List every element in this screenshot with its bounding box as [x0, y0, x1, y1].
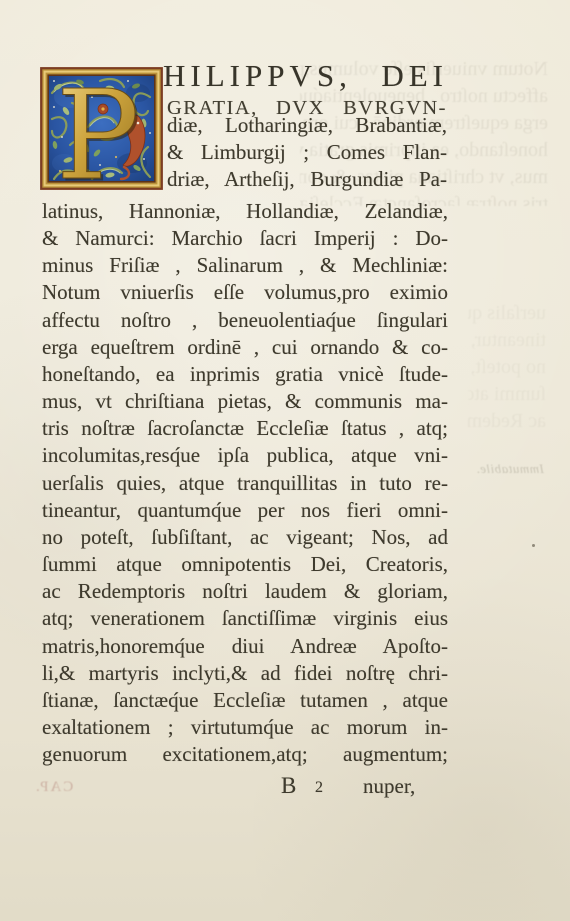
- text-line: diæ, Lotharingiæ, Brabantiæ,: [167, 112, 447, 139]
- text-line: no poteſt, ſubſiſtant, ac vigeant; Nos, …: [42, 524, 448, 551]
- signature-number: 2: [315, 779, 323, 797]
- text-line: ſummi atque omnipotentis Dei, Creatoris,: [468, 381, 546, 408]
- indented-text-block: diæ, Lotharingiæ, Brabantiæ,& Limburgij …: [167, 112, 447, 193]
- text-line: affectu noſtro , beneuolentiaq́ue ſingul…: [42, 307, 448, 334]
- text-line: no poteſt, ſubſiſtant, ac vigeant; Nos, …: [468, 354, 546, 381]
- body-text-block: latinus, Hannoniæ, Hollandiæ, Zelandiæ,&…: [42, 198, 448, 768]
- illuminated-initial-P: P P: [40, 67, 163, 190]
- text-line: genuorum excitationem,atq; augmentum;: [42, 741, 448, 768]
- text-line: matris,honoremq́ue diui Andreæ Apoſto-: [42, 633, 448, 660]
- illuminated-initial-artwork: P P: [40, 67, 163, 190]
- text-line: ſummi atque omnipotentis Dei, Creatoris,: [42, 551, 448, 578]
- text-line: & Limburgij ; Comes Flan-: [167, 139, 447, 166]
- text-line: latinus, Hannoniæ, Hollandiæ, Zelandiæ,: [42, 198, 448, 225]
- text-line: Notum vniuerſis eſſe volumus,pro eximio: [42, 279, 448, 306]
- text-line: driæ, Artheſij, Burgundiæ Pa-: [167, 166, 447, 193]
- drop-cap-letter: P P: [56, 67, 142, 190]
- ink-speck: [532, 544, 535, 547]
- text-line: & Namurci: Marchio ſacri Imperij : Do-: [42, 225, 448, 252]
- book-page-photo: Notum vniuerſis eſſe volumus,pro eximioa…: [0, 0, 570, 921]
- text-line: ac Redemptoris noſtri laudem & gloriam,: [468, 408, 546, 430]
- heading-line-1: HILIPPVS, DEI: [163, 59, 448, 92]
- text-line: honeſtando, ea inprimis gratia vnicè ſtu…: [42, 361, 448, 388]
- text-line: li,& martyris inclyti,& ad fidei noſtrę …: [42, 660, 448, 687]
- text-line: uerſalis quies, atque tranquillitas in t…: [468, 300, 546, 327]
- text-line: tineantur, quantumq́ue per nos fieri omn…: [42, 497, 448, 524]
- text-line: tris noſtræ ſacroſanctæ Eccleſiæ ſtatus …: [42, 415, 448, 442]
- signature-mark: B: [281, 773, 296, 799]
- catchword: nuper,: [363, 774, 415, 799]
- bleed-through-text: uerſalis quies, atque tranquillitas in t…: [468, 300, 546, 430]
- text-line: ſtianæ, ſanctæq́ue Eccleſiæ tutamen , at…: [42, 687, 448, 714]
- text-line: exaltationem ; virtutumq́ue ac morum in-: [42, 714, 448, 741]
- bleed-through-margin-note: Immutabile.: [476, 461, 544, 477]
- text-line: atq; venerationem ſanctiſſimæ virginis e…: [42, 605, 448, 632]
- drop-cap-glyph: P: [56, 67, 139, 190]
- text-line: tineantur, quantumq́ue per nos fieri omn…: [468, 327, 546, 354]
- text-line: erga equeſtrem ordinē , cui ornando & co…: [42, 334, 448, 361]
- text-line: incolumitas,resq́ue ipſa publica, atque …: [42, 442, 448, 469]
- text-line: uerſalis quies, atque tranquillitas in t…: [42, 470, 448, 497]
- signature-catchword-line: B 2 nuper,: [42, 773, 448, 801]
- text-line: ac Redemptoris noſtri laudem & gloriam,: [42, 578, 448, 605]
- text-line: minus Friſiæ , Salinarum , & Mechliniæ:: [42, 252, 448, 279]
- text-line: mus, vt chriſtiana pietas, & communis ma…: [42, 388, 448, 415]
